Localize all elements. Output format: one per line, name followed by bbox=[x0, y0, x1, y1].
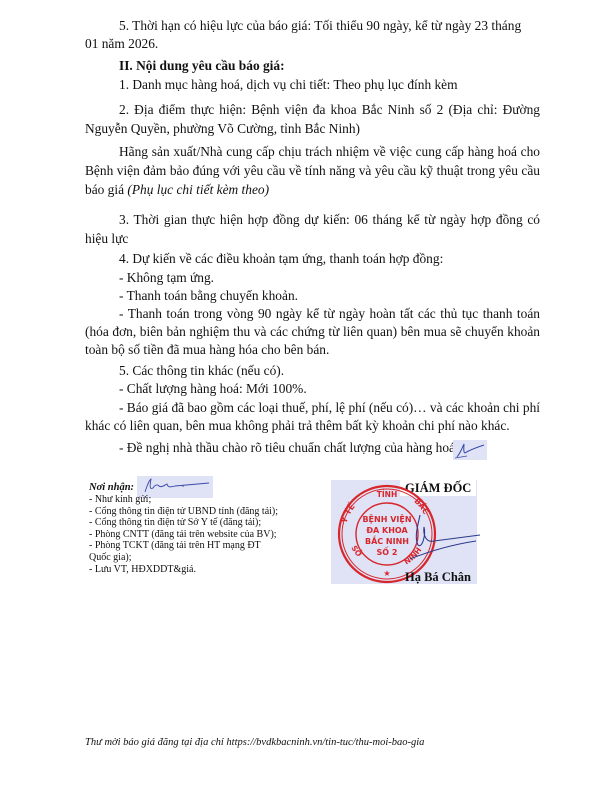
supplier-responsibility: Hãng sản xuất/Nhà cung cấp chịu trách nh… bbox=[85, 142, 540, 199]
item-4-no-advance: - Không tạm ứng. bbox=[119, 270, 214, 286]
item-1-goods-list: 1. Danh mục hàng hoá, dịch vụ chi tiết: … bbox=[119, 77, 458, 93]
svg-text:★: ★ bbox=[383, 569, 390, 578]
recipient-item: - Phòng CNTT (đăng tải trên website của … bbox=[89, 529, 329, 541]
item-5-quality: - Chất lượng hàng hoá: Mới 100%. bbox=[119, 381, 307, 397]
director-name: Hạ Bá Chân bbox=[405, 570, 471, 585]
recipient-item: Quốc gia); bbox=[89, 552, 329, 564]
recipients-block: Nơi nhận: - Như kính gửi; - Cổng thông t… bbox=[89, 482, 329, 575]
appendix-note: (Phụ lục chi tiết kèm theo) bbox=[127, 182, 269, 197]
director-signature-icon bbox=[390, 505, 490, 565]
svg-text:SỞ: SỞ bbox=[349, 544, 364, 559]
recipients-title: Nơi nhận: bbox=[89, 482, 329, 494]
initial-signature bbox=[453, 440, 487, 460]
recipient-item: - Như kính gửi; bbox=[89, 494, 329, 506]
validity-period-line2: 01 năm 2026. bbox=[85, 36, 158, 52]
svg-text:Y TẾ: Y TẾ bbox=[339, 500, 357, 525]
recipient-item: - Phòng TCKT (đăng tải trên HT mạng ĐT bbox=[89, 540, 329, 552]
document-page: 5. Thời hạn có hiệu lực của báo giá: Tối… bbox=[0, 0, 592, 800]
recipient-item: - Cổng thông tin điện tử Sở Y tế (đăng t… bbox=[89, 517, 329, 529]
recipient-item: - Cổng thông tin điện tử UBND tỉnh (đăng… bbox=[89, 506, 329, 518]
item-4-heading: 4. Dự kiến về các điều khoản tạm ứng, th… bbox=[119, 251, 443, 267]
item-2-location: 2. Địa điểm thực hiện: Bệnh viện đa khoa… bbox=[85, 100, 540, 138]
item-4-payment-terms: - Thanh toán trong vòng 90 ngày kể từ ng… bbox=[85, 305, 540, 359]
section-ii-heading: II. Nội dung yêu cầu báo giá: bbox=[119, 58, 285, 74]
item-5-quality-standards: - Đề nghị nhà thầu chào rõ tiêu chuẩn ch… bbox=[119, 440, 455, 456]
initial-signature-icon bbox=[453, 440, 487, 460]
recipient-item: - Lưu VT, HĐXDDT&giá. bbox=[89, 564, 329, 576]
footer-publication-note: Thư mời báo giá đăng tại địa chỉ https:/… bbox=[85, 737, 424, 748]
item-4-bank-transfer: - Thanh toán bằng chuyển khoản. bbox=[119, 288, 298, 304]
validity-period-line1: 5. Thời hạn có hiệu lực của báo giá: Tối… bbox=[119, 18, 521, 34]
item-3-contract-duration: 3. Thời gian thực hiện hợp đồng dự kiến:… bbox=[85, 210, 540, 248]
item-5-heading: 5. Các thông tin khác (nếu có). bbox=[119, 363, 284, 379]
item-5-taxes: - Báo giá đã bao gồm các loại thuế, phí,… bbox=[85, 399, 540, 435]
svg-text:TỈNH: TỈNH bbox=[377, 489, 397, 499]
